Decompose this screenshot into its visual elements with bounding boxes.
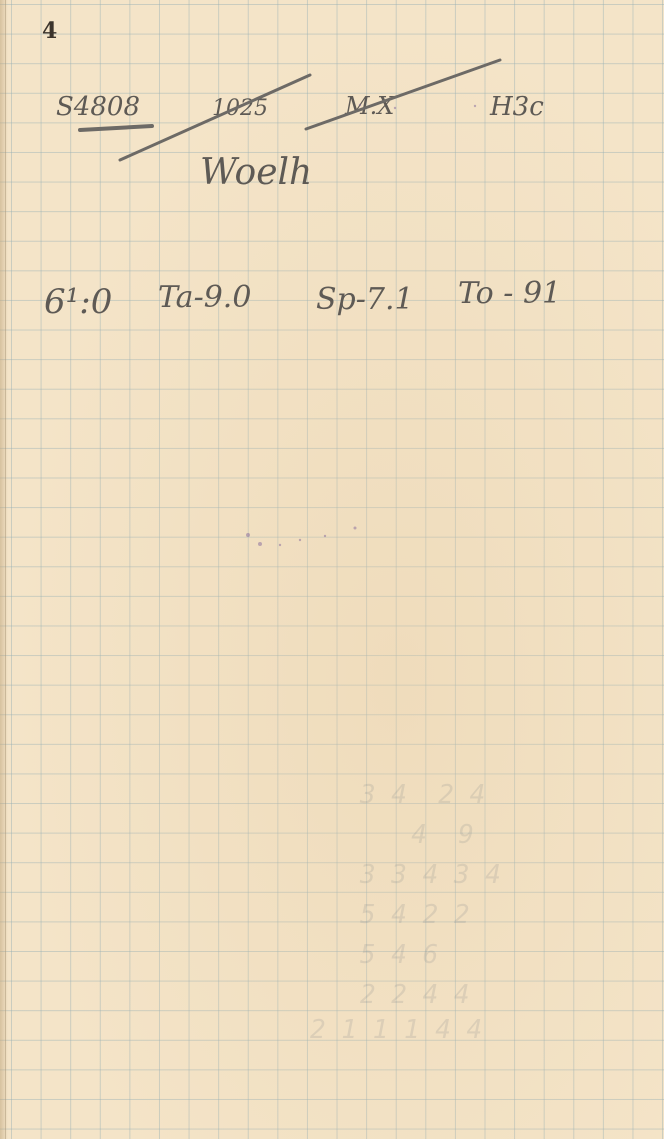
underline-stroke bbox=[80, 126, 152, 130]
bleed-through-row: 3 4 2 4 bbox=[360, 780, 485, 810]
strike-stroke-2 bbox=[306, 60, 500, 129]
bleed-through-row: 3 3 4 3 4 bbox=[360, 860, 501, 890]
bleed-through-row: 4 9 bbox=[380, 820, 474, 850]
ink-specks bbox=[246, 104, 476, 546]
bleed-through-row: 2 1 1 1 4 4 bbox=[310, 1015, 482, 1045]
bleed-through-row: 5 4 6 bbox=[360, 940, 438, 970]
notebook-page: 4 S4808 1025 M.X H3c Woelh 6¹:0 Ta-9.0 S… bbox=[0, 0, 664, 1139]
pencil-strokes bbox=[0, 0, 664, 1139]
bleed-through-row: 2 2 4 4 bbox=[360, 980, 470, 1010]
strike-stroke-1 bbox=[120, 75, 310, 160]
bleed-through-row: 5 4 2 2 bbox=[360, 900, 470, 930]
